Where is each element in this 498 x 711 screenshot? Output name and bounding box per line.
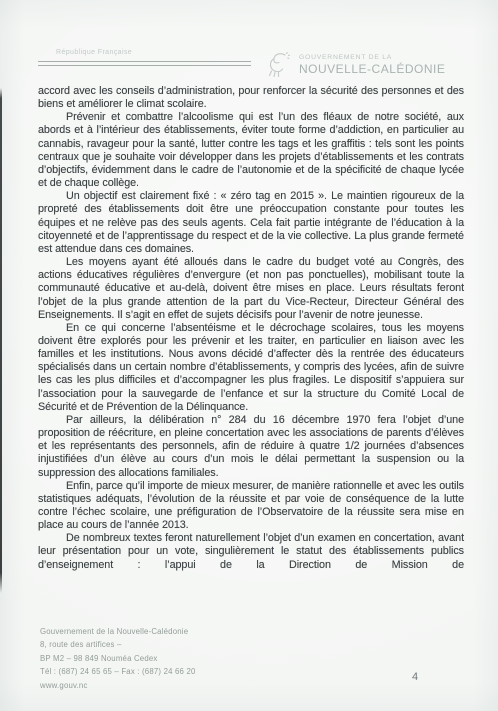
scan-edge-artifact xyxy=(0,88,2,593)
footer-website: www.gouv.nc xyxy=(40,679,196,692)
government-logo: GOUVERNEMENT DE LA NOUVELLE-CALÉDONIE xyxy=(266,51,445,78)
logo-line-gouvernement: GOUVERNEMENT DE LA xyxy=(299,54,445,61)
paragraph-5: En ce qui concerne l’absentéisme et le d… xyxy=(38,322,464,414)
paragraph-4: Les moyens ayant été alloués dans le cad… xyxy=(38,256,464,322)
paragraph-7: Enfin, parce qu’il importe de mieux mesu… xyxy=(38,480,464,533)
paragraph-1: accord avec les conseils d’administratio… xyxy=(38,85,464,111)
paragraph-8: De nombreux textes feront naturellement … xyxy=(38,532,464,571)
paragraph-2: Prévenir et combattre l’alcoolisme qui e… xyxy=(38,111,464,190)
footer-org-name: Gouvernement de la Nouvelle-Calédonie xyxy=(40,625,196,638)
header-double-rule xyxy=(38,61,251,66)
footer-phone-fax: Tél : (687) 24 65 65 – Fax : (687) 24 66… xyxy=(40,665,196,678)
document-body: accord avec les conseils d’administratio… xyxy=(38,85,464,572)
document-page: République Française GOUVERNEMENT DE LA … xyxy=(0,0,498,711)
footer-address-street: 8, route des artifices – xyxy=(40,638,196,651)
logo-wordmark: GOUVERNEMENT DE LA NOUVELLE-CALÉDONIE xyxy=(299,51,445,76)
paragraph-3: Un objectif est clairement fixé : « zéro… xyxy=(38,190,464,256)
paragraph-6: Par ailleurs, la délibération n° 284 du … xyxy=(38,414,464,480)
page-footer: Gouvernement de la Nouvelle-Calédonie 8,… xyxy=(40,625,196,692)
footer-address-bp: BP M2 – 98 849 Nouméa Cedex xyxy=(40,652,196,665)
logo-line-nouvelle-caledonie: NOUVELLE-CALÉDONIE xyxy=(299,62,445,76)
page-number: 4 xyxy=(412,671,418,683)
republique-francaise-label: République Française xyxy=(56,49,132,56)
cagou-emblem-icon xyxy=(266,51,292,78)
